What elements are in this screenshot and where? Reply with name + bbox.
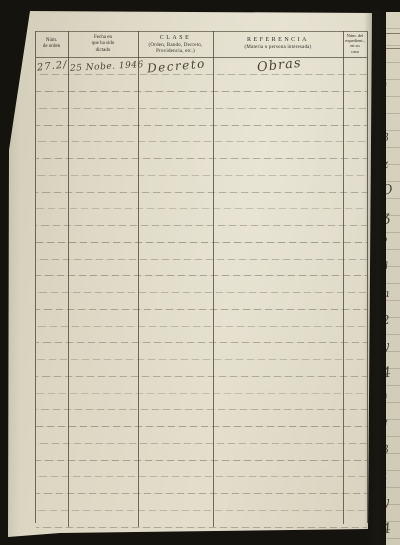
ledger-ruled-line: [36, 292, 367, 293]
ledger-ruled-line: [36, 510, 367, 511]
ledger-ruled-line: [36, 460, 367, 461]
ledger-ruled-line: [36, 141, 367, 142]
handwriting-glyph: z: [386, 158, 389, 171]
ledger-ruled-line: [36, 242, 367, 243]
ledger-ruled-line: [36, 175, 367, 176]
ledger-ruled-line: [36, 426, 367, 427]
header-line: de orden: [35, 44, 68, 50]
header-line: (Materia o persona interesada): [213, 45, 343, 51]
header-line: (Orden, Bando, Decreto,: [138, 43, 213, 49]
header-line: Núm.: [35, 38, 68, 44]
column-divider: [343, 31, 344, 524]
handwriting-glyph: 4: [386, 366, 392, 381]
ledger-ruled-line: [36, 376, 367, 377]
handwriting-glyph: y: [386, 496, 390, 510]
handwriting-glyph: μ: [386, 288, 390, 300]
table-header-divider: [36, 57, 367, 58]
ledger-ruled-line: [36, 91, 367, 92]
ledger-ruled-line: [36, 208, 367, 209]
ledger-ruled-line: [36, 409, 367, 410]
adjacent-page-rule: [386, 48, 400, 49]
table-top-border: [36, 31, 367, 32]
ledger-ruled-line: [36, 108, 367, 109]
handwriting-glyph: 2: [386, 314, 390, 327]
ledger-ruled-line: [36, 359, 367, 360]
ledger-ruled-line: [36, 309, 367, 310]
table-left-border: [35, 31, 36, 523]
adjacent-page-rule: [386, 33, 400, 34]
ledger-ruled-line: [36, 275, 367, 276]
scanned-ledger-photo: Núm. de orden Fecha en que ha sido dicta…: [0, 0, 400, 545]
handwriting-glyph: y: [386, 340, 390, 354]
handwriting-glyph: h: [386, 392, 388, 402]
header-line: Fecha en: [68, 35, 138, 41]
ledger-ruled-line: [36, 527, 367, 528]
ledger-ruled-line: [36, 443, 367, 444]
header-title: REFERENCIA: [213, 37, 343, 45]
entry-fecha: 25 Nobe. 1946: [70, 61, 144, 74]
ledger-ruled-line: [36, 158, 367, 159]
handwriting-glyph: O: [386, 183, 393, 197]
header-line: dictado: [68, 48, 138, 54]
ledger-ruled-line: [36, 476, 367, 477]
header-num-orden: Núm. de orden: [35, 38, 68, 51]
column-divider: [68, 31, 69, 527]
handwriting-glyph: t: [386, 470, 387, 482]
ledger-ruled-line: [36, 192, 367, 193]
ledger-ruled-line: [36, 342, 367, 343]
ledger-page: Núm. de orden Fecha en que ha sido dicta…: [0, 0, 400, 545]
header-referencia: REFERENCIA (Materia o persona interesada…: [213, 37, 343, 51]
handwriting-glyph: e: [386, 418, 388, 429]
entry-num-orden: 27.2/: [37, 60, 69, 73]
handwriting-glyph: 8: [386, 132, 390, 144]
entry-clase: Decreto: [147, 57, 207, 74]
header-title: CLASE: [138, 35, 213, 43]
handwriting-glyph: 4: [386, 80, 388, 90]
handwriting-glyph: ℓ: [386, 106, 387, 116]
entry-referencia: Obras: [256, 57, 302, 75]
ledger-ruled-line: [36, 326, 367, 327]
adjacent-page-edge: 4ℓ8zOʒodμ2y4he3ty4: [386, 12, 400, 545]
ledger-ruled-line: [36, 493, 367, 494]
ledger-ruled-line: [36, 225, 367, 226]
header-line: Providencia, etc.): [138, 49, 213, 55]
handwriting-glyph: 3: [386, 444, 390, 456]
header-line: que ha sido: [68, 41, 138, 47]
handwriting-glyph: d: [386, 262, 389, 273]
ledger-ruled-line: [36, 393, 367, 394]
column-divider: [138, 31, 139, 527]
ledger-ruled-line: [36, 125, 367, 126]
header-clase: CLASE (Orden, Bando, Decreto, Providenci…: [138, 35, 213, 55]
ledger-ruled-line: [36, 259, 367, 260]
handwriting-glyph: o: [386, 236, 388, 246]
handwriting-glyph: 4: [386, 522, 392, 537]
ledger-ruled-line: [36, 74, 367, 75]
header-fecha: Fecha en que ha sido dictado: [68, 35, 138, 54]
handwriting-glyph: ʒ: [386, 210, 391, 225]
column-divider: [213, 31, 214, 527]
